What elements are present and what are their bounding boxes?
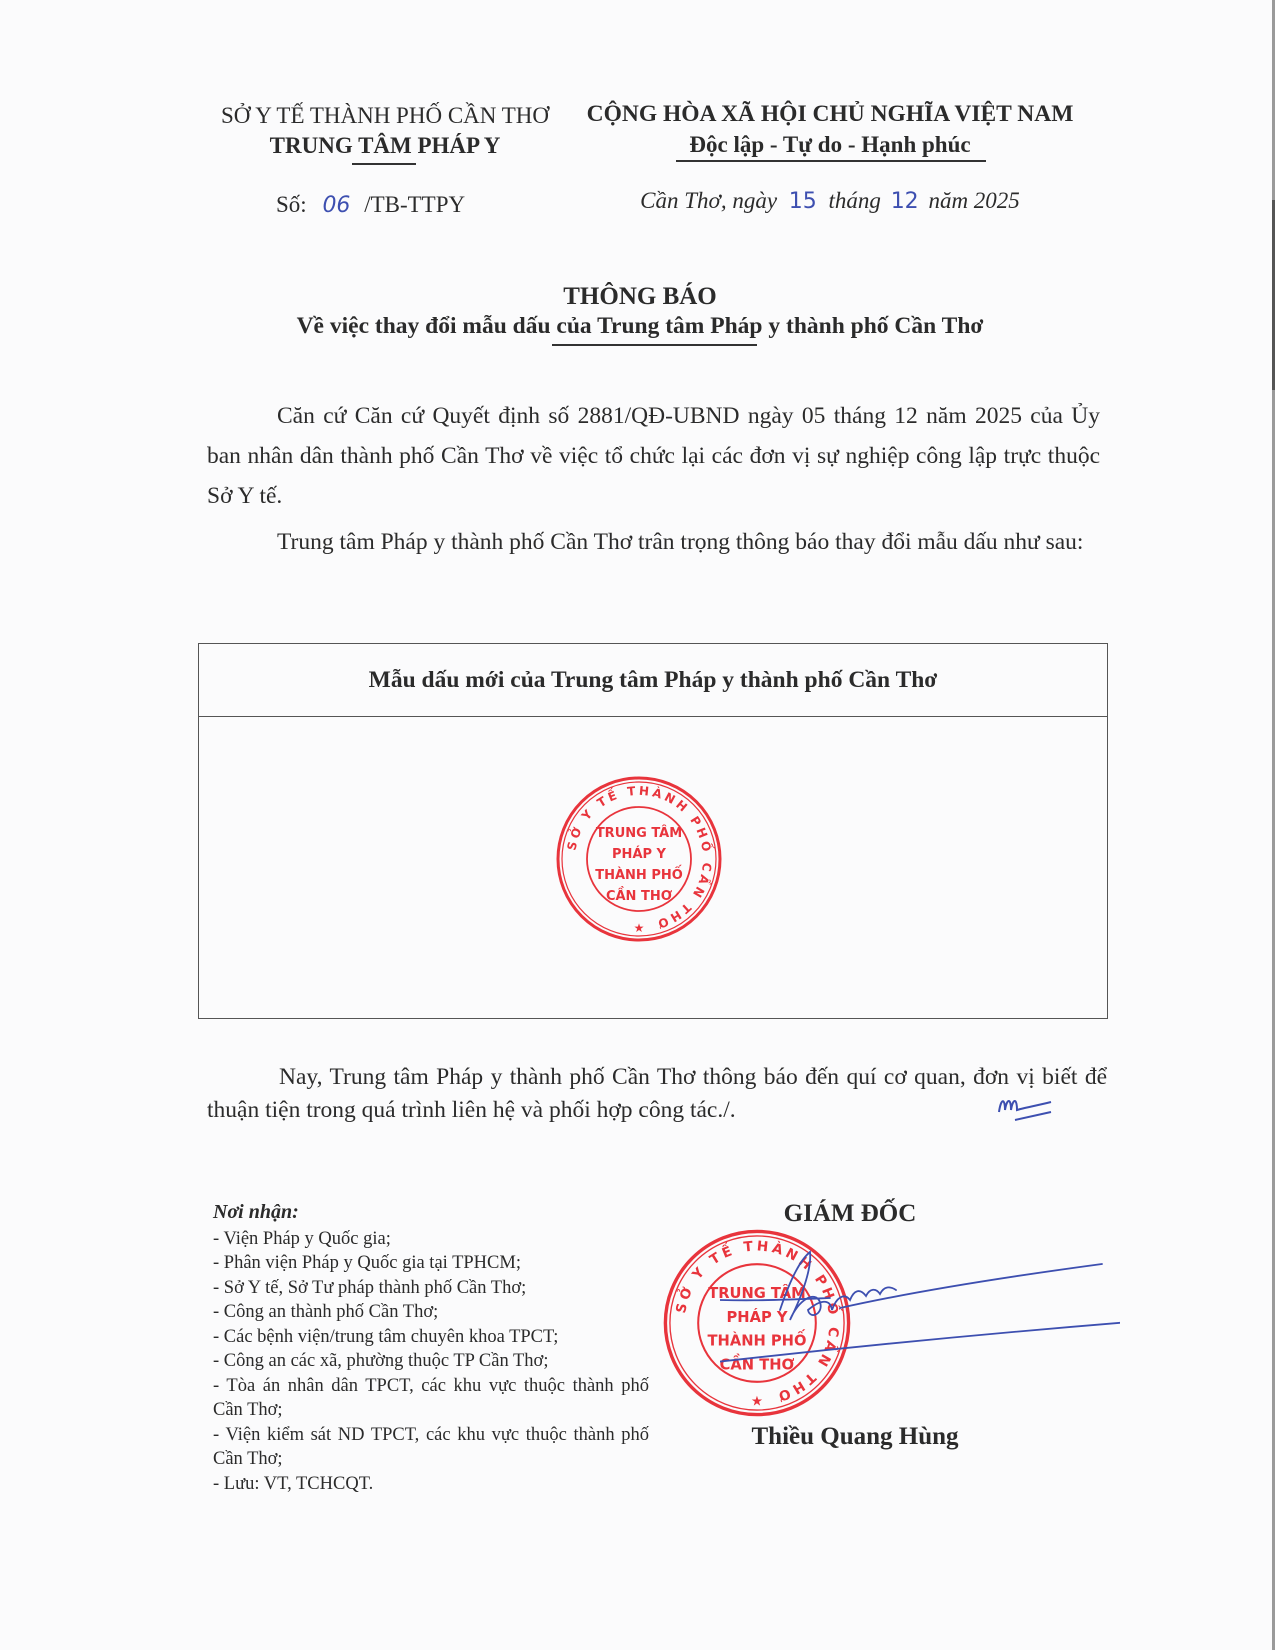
recipient-item: - Phân viện Pháp y Quốc gia tại TPHCM; <box>213 1251 649 1276</box>
place-date: Cần Thơ, ngày 15 tháng 12 năm 2025 <box>580 188 1080 214</box>
recipient-item: - Lưu: VT, TCHCQT. <box>213 1472 649 1497</box>
recipients-list: - Viện Pháp y Quốc gia; - Phân viện Pháp… <box>213 1227 649 1497</box>
document-number: Số: 06 /TB-TTPY <box>276 192 465 218</box>
signature-icon <box>720 1240 1120 1390</box>
svg-text:CẦN THƠ: CẦN THƠ <box>606 886 673 904</box>
svg-text:THÀNH PHỐ: THÀNH PHỐ <box>595 865 683 883</box>
recipient-item: - Công an thành phố Cần Thơ; <box>213 1300 649 1325</box>
recipient-item: - Các bệnh viện/trung tâm chuyên khoa TP… <box>213 1325 649 1350</box>
stamp-specimen-header: Mẫu dấu mới của Trung tâm Pháp y thành p… <box>199 644 1107 717</box>
signatory-title: GIÁM ĐỐC <box>700 1200 1000 1228</box>
recipients-block: Nơi nhận: - Viện Pháp y Quốc gia; - Phân… <box>213 1200 649 1496</box>
motto-underline <box>676 160 986 162</box>
doc-number-prefix: Số: <box>276 192 307 217</box>
date-year: năm 2025 <box>928 188 1019 213</box>
recipient-item: - Công an các xã, phường thuộc TP Cần Th… <box>213 1349 649 1374</box>
round-seal-icon: SỞ Y TẾ THÀNH PHỐ CẦN THƠ TRUNG TÂM PHÁP… <box>555 775 723 943</box>
parent-agency: SỞ Y TẾ THÀNH PHỐ CẦN THƠ <box>200 103 570 129</box>
agency-underline <box>352 163 416 165</box>
doc-number-suffix: /TB-TTPY <box>364 192 465 217</box>
national-title: CỘNG HÒA XÃ HỘI CHỦ NGHĨA VIỆT NAM <box>580 101 1080 128</box>
recipient-item: - Sở Y tế, Sở Tư pháp thành phố Cần Thơ; <box>213 1276 649 1301</box>
paragraph-legal-basis: Căn cứ Căn cứ Quyết định số 2881/QĐ-UBND… <box>207 396 1100 516</box>
paragraph-announcement: Trung tâm Pháp y thành phố Cần Thơ trân … <box>207 522 1100 562</box>
paragraph-closing: Nay, Trung tâm Pháp y thành phố Cần Thơ … <box>207 1061 1107 1127</box>
recipient-item: - Viện Pháp y Quốc gia; <box>213 1227 649 1252</box>
national-motto: Độc lập - Tự do - Hạnh phúc <box>580 132 1080 158</box>
date-day-handwritten: 15 <box>789 189 817 214</box>
svg-text:★: ★ <box>751 1394 763 1410</box>
date-prefix: Cần Thơ, ngày <box>640 188 777 213</box>
date-month-label: tháng <box>829 188 881 213</box>
recipient-item: - Tòa án nhân dân TPCT, các khu vực thuộ… <box>213 1374 649 1423</box>
issuing-agency: TRUNG TÂM PHÁP Y <box>200 133 570 159</box>
initial-mark-icon <box>995 1090 1055 1135</box>
svg-text:★: ★ <box>634 921 645 935</box>
document-title: THÔNG BÁO <box>180 283 1100 311</box>
document-subtitle: Về việc thay đổi mẫu dấu của Trung tâm P… <box>180 313 1100 340</box>
subtitle-underline <box>552 344 757 346</box>
signatory-name: Thiều Quang Hùng <box>690 1423 1020 1451</box>
svg-text:TRUNG TÂM: TRUNG TÂM <box>596 825 682 841</box>
doc-number-handwritten: 06 <box>322 193 350 218</box>
date-month-handwritten: 12 <box>891 189 919 214</box>
new-stamp-specimen: SỞ Y TẾ THÀNH PHỐ CẦN THƠ TRUNG TÂM PHÁP… <box>555 775 723 948</box>
recipient-item: - Viện kiểm sát ND TPCT, các khu vực thu… <box>213 1423 649 1472</box>
svg-text:PHÁP Y: PHÁP Y <box>612 846 667 862</box>
handwritten-signature <box>720 1240 1120 1395</box>
recipients-title: Nơi nhận: <box>213 1200 649 1225</box>
